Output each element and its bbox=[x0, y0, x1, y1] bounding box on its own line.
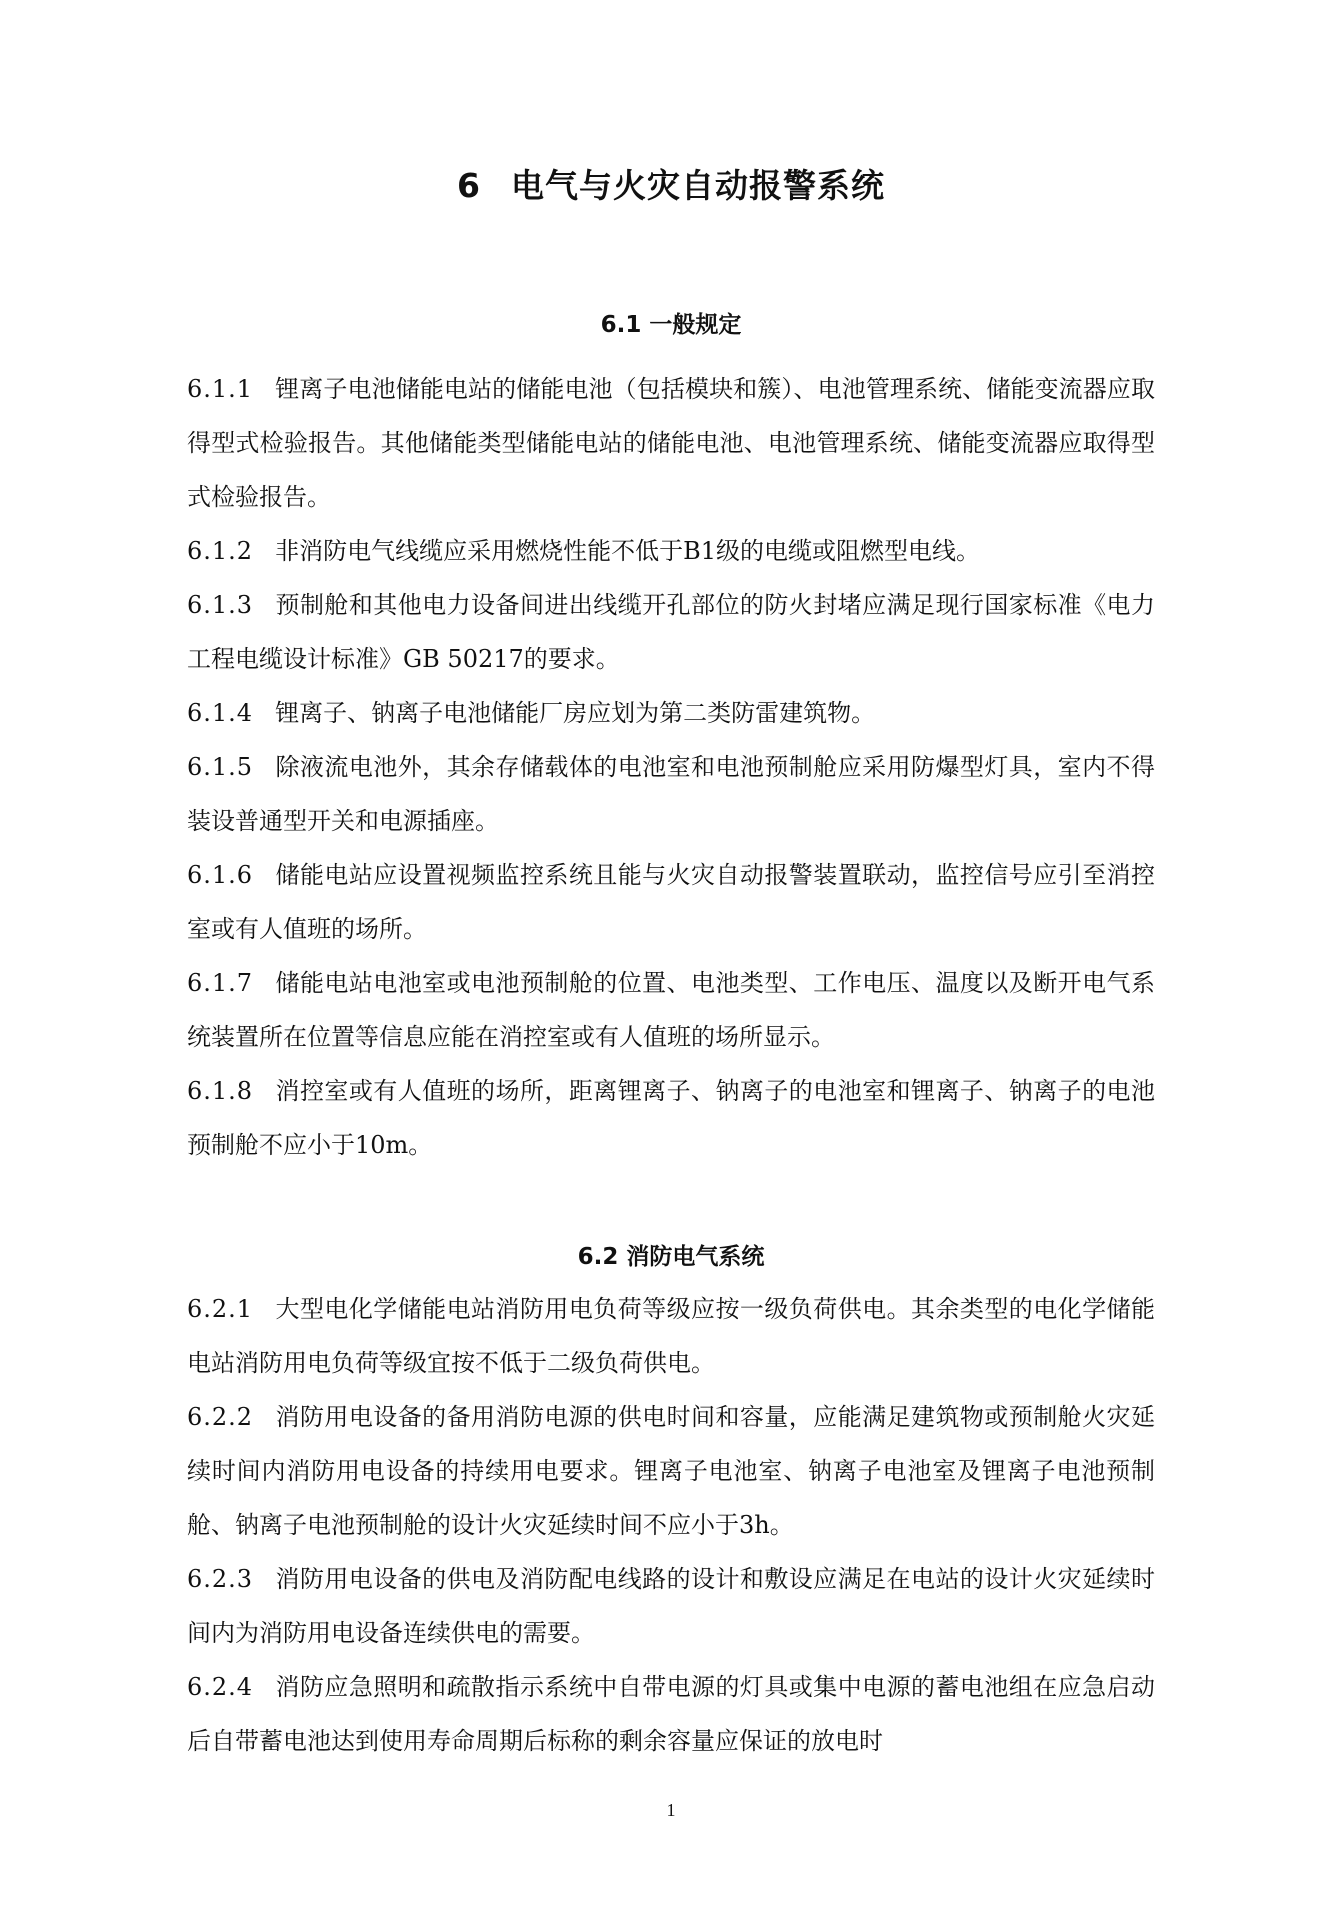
document-page: 6电气与火灾自动报警系统 6.1 一般规定 6.1.1锂离子电池储能电站的储能电… bbox=[0, 0, 1342, 1921]
clause-number: 6.2.4 bbox=[187, 1673, 253, 1701]
section-heading-6-2: 6.2 消防电气系统 bbox=[0, 1238, 1342, 1271]
clause-number: 6.1.8 bbox=[187, 1077, 253, 1105]
clause-number: 6.1.6 bbox=[187, 861, 253, 889]
page-number: 1 bbox=[0, 1800, 1342, 1821]
clause-6-2-4: 6.2.4消防应急照明和疏散指示系统中自带电源的灯具或集中电源的蓄电池组在应急启… bbox=[187, 1660, 1155, 1768]
clause-text: 预制舱和其他电力设备间进出线缆开孔部位的防火封堵应满足现行国家标准《电力工程电缆… bbox=[187, 591, 1155, 673]
clause-6-1-2: 6.1.2非消防电气线缆应采用燃烧性能不低于B1级的电缆或阻燃型电线。 bbox=[187, 524, 1155, 578]
chapter-title: 6电气与火灾自动报警系统 bbox=[0, 160, 1342, 207]
clause-text: 消防用电设备的供电及消防配电线路的设计和敷设应满足在电站的设计火灾延续时间内为消… bbox=[187, 1565, 1155, 1647]
clause-6-1-3: 6.1.3预制舱和其他电力设备间进出线缆开孔部位的防火封堵应满足现行国家标准《电… bbox=[187, 578, 1155, 686]
clause-6-1-5: 6.1.5除液流电池外，其余存储载体的电池室和电池预制舱应采用防爆型灯具，室内不… bbox=[187, 740, 1155, 848]
clause-text: 储能电站电池室或电池预制舱的位置、电池类型、工作电压、温度以及断开电气系统装置所… bbox=[187, 969, 1155, 1051]
clause-text: 消控室或有人值班的场所，距离锂离子、钠离子的电池室和锂离子、钠离子的电池预制舱不… bbox=[187, 1077, 1155, 1159]
section-6-1-body: 6.1.1锂离子电池储能电站的储能电池（包括模块和簇）、电池管理系统、储能变流器… bbox=[187, 362, 1155, 1172]
clause-6-2-3: 6.2.3消防用电设备的供电及消防配电线路的设计和敷设应满足在电站的设计火灾延续… bbox=[187, 1552, 1155, 1660]
clause-number: 6.2.3 bbox=[187, 1565, 253, 1593]
clause-number: 6.1.2 bbox=[187, 537, 253, 565]
clause-number: 6.1.3 bbox=[187, 591, 253, 619]
clause-number: 6.1.7 bbox=[187, 969, 253, 997]
clause-text: 消防用电设备的备用消防电源的供电时间和容量，应能满足建筑物或预制舱火灾延续时间内… bbox=[187, 1403, 1155, 1539]
section-heading-6-1: 6.1 一般规定 bbox=[0, 306, 1342, 339]
section-6-2-body: 6.2.1大型电化学储能电站消防用电负荷等级应按一级负荷供电。其余类型的电化学储… bbox=[187, 1282, 1155, 1768]
clause-number: 6.1.1 bbox=[187, 375, 253, 403]
chapter-title-text: 电气与火灾自动报警系统 bbox=[511, 166, 885, 205]
clause-number: 6.2.1 bbox=[187, 1295, 253, 1323]
clause-text: 锂离子电池储能电站的储能电池（包括模块和簇）、电池管理系统、储能变流器应取得型式… bbox=[187, 375, 1155, 511]
chapter-number: 6 bbox=[457, 166, 481, 205]
clause-text: 非消防电气线缆应采用燃烧性能不低于B1级的电缆或阻燃型电线。 bbox=[275, 537, 980, 565]
clause-6-1-7: 6.1.7储能电站电池室或电池预制舱的位置、电池类型、工作电压、温度以及断开电气… bbox=[187, 956, 1155, 1064]
clause-6-1-4: 6.1.4锂离子、钠离子电池储能厂房应划为第二类防雷建筑物。 bbox=[187, 686, 1155, 740]
clause-text: 除液流电池外，其余存储载体的电池室和电池预制舱应采用防爆型灯具，室内不得装设普通… bbox=[187, 753, 1155, 835]
clause-number: 6.2.2 bbox=[187, 1403, 253, 1431]
clause-text: 大型电化学储能电站消防用电负荷等级应按一级负荷供电。其余类型的电化学储能电站消防… bbox=[187, 1295, 1155, 1377]
clause-text: 锂离子、钠离子电池储能厂房应划为第二类防雷建筑物。 bbox=[275, 699, 875, 727]
clause-number: 6.1.4 bbox=[187, 699, 253, 727]
clause-6-1-1: 6.1.1锂离子电池储能电站的储能电池（包括模块和簇）、电池管理系统、储能变流器… bbox=[187, 362, 1155, 524]
clause-text: 储能电站应设置视频监控系统且能与火灾自动报警装置联动，监控信号应引至消控室或有人… bbox=[187, 861, 1155, 943]
clause-number: 6.1.5 bbox=[187, 753, 253, 781]
clause-text: 消防应急照明和疏散指示系统中自带电源的灯具或集中电源的蓄电池组在应急启动后自带蓄… bbox=[187, 1673, 1155, 1755]
clause-6-2-2: 6.2.2消防用电设备的备用消防电源的供电时间和容量，应能满足建筑物或预制舱火灾… bbox=[187, 1390, 1155, 1552]
clause-6-2-1: 6.2.1大型电化学储能电站消防用电负荷等级应按一级负荷供电。其余类型的电化学储… bbox=[187, 1282, 1155, 1390]
clause-6-1-6: 6.1.6储能电站应设置视频监控系统且能与火灾自动报警装置联动，监控信号应引至消… bbox=[187, 848, 1155, 956]
clause-6-1-8: 6.1.8消控室或有人值班的场所，距离锂离子、钠离子的电池室和锂离子、钠离子的电… bbox=[187, 1064, 1155, 1172]
